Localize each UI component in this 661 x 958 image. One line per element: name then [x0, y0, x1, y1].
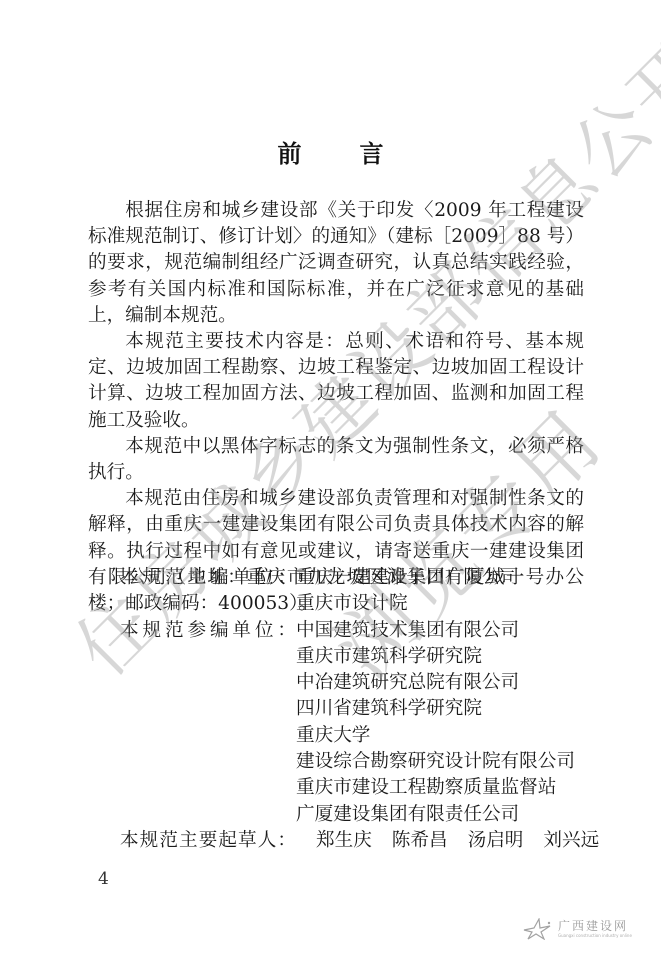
star-logo-icon	[522, 918, 552, 940]
participating-unit: 重庆市建设工程勘察质量监督站	[296, 775, 556, 801]
participating-unit-row: 中冶建筑研究总院有限公司	[120, 670, 639, 696]
page-number: 4	[98, 869, 109, 889]
participating-unit-row: 建设综合勘察研究设计院有限公司	[120, 749, 639, 775]
chief-unit-row: 重庆市设计院	[120, 591, 639, 617]
title-char-2: 言	[360, 134, 384, 169]
participating-unit: 建设综合勘察研究设计院有限公司	[296, 749, 575, 775]
drafter-name: 刘兴远	[543, 830, 599, 851]
logo-name: 广西建设网	[558, 919, 632, 933]
chief-unit-label: 本规范主编单位：	[120, 565, 296, 591]
drafter-name: 陈希昌	[392, 830, 448, 851]
site-logo: 广西建设网 Guangxi construction industry onli…	[522, 918, 632, 940]
participating-unit-row: 四川省建筑科学研究院	[120, 696, 639, 722]
participating-unit-row: 重庆市建筑科学研究院	[120, 644, 639, 670]
participating-unit: 四川省建筑科学研究院	[296, 696, 482, 722]
preface-body: 根据住房和城乡建设部《关于印发〈2009 年工程建设标准规范制订、修订计划〉的通…	[88, 198, 584, 617]
document-page: 前言 根据住房和城乡建设部《关于印发〈2009 年工程建设标准规范制订、修订计划…	[0, 0, 661, 958]
paragraph-contents: 本规范主要技术内容是：总则、术语和符号、基本规定、边坡加固工程勘察、边坡工程鉴定…	[88, 329, 584, 434]
paragraph-mandatory: 本规范中以黑体字标志的条文为强制性条文，必须严格执行。	[88, 434, 584, 486]
drafters-label: 本规范主要起草人：	[120, 828, 296, 854]
participating-unit: 中冶建筑研究总院有限公司	[296, 670, 519, 696]
participating-unit-row: 本规范参编单位： 中国建筑技术集团有限公司	[120, 618, 639, 644]
paragraph-basis: 根据住房和城乡建设部《关于印发〈2009 年工程建设标准规范制订、修订计划〉的通…	[88, 198, 584, 329]
drafters-list: 郑生庆陈希昌汤启明刘兴远	[316, 828, 619, 854]
participating-unit-row: 重庆大学	[120, 723, 639, 749]
participating-unit: 重庆大学	[296, 723, 370, 749]
participating-unit-row: 广厦建设集团有限责任公司	[120, 802, 639, 828]
chief-unit-row: 本规范主编单位： 重庆一建建设集团有限公司	[120, 565, 639, 591]
participating-unit: 重庆市建筑科学研究院	[296, 644, 482, 670]
page-title: 前言	[0, 134, 661, 169]
title-char-1: 前	[278, 134, 302, 169]
units-section: 本规范主编单位： 重庆一建建设集团有限公司 重庆市设计院 本规范参编单位： 中国…	[120, 565, 639, 854]
participating-unit: 广厦建设集团有限责任公司	[296, 802, 519, 828]
chief-unit: 重庆一建建设集团有限公司	[296, 565, 519, 591]
drafters-row: 本规范主要起草人： 郑生庆陈希昌汤启明刘兴远	[120, 828, 639, 854]
participating-unit-label: 本规范参编单位：	[120, 618, 296, 644]
participating-unit: 中国建筑技术集团有限公司	[296, 618, 519, 644]
drafter-name: 郑生庆	[316, 830, 372, 851]
drafter-name: 汤启明	[468, 830, 524, 851]
chief-unit: 重庆市设计院	[296, 591, 408, 617]
participating-unit-row: 重庆市建设工程勘察质量监督站	[120, 775, 639, 801]
logo-subtitle: Guangxi construction industry online	[558, 933, 632, 939]
